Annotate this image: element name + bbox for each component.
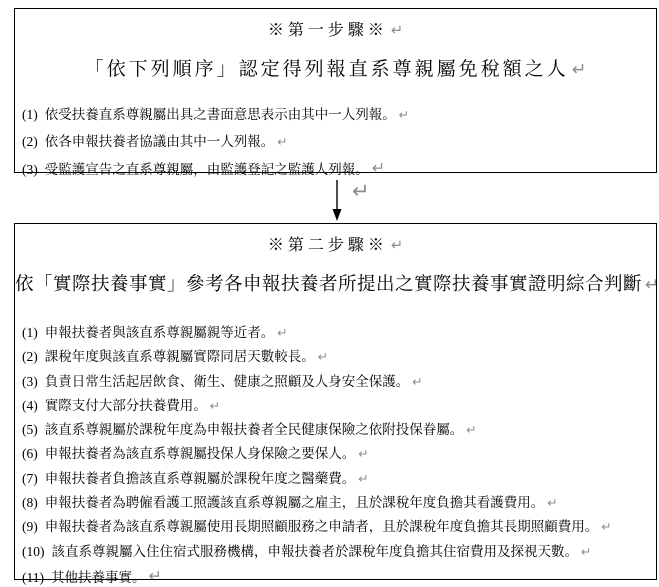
item-text: 申報扶養者為該直系尊親屬投保人身保險之要保人。 xyxy=(45,446,356,461)
item-text: 負責日常生活起居飲食、衛生、健康之照顧及人身安全保護。 xyxy=(45,374,410,389)
step2-subtitle-text: 依「實際扶養事實」參考各申報扶養者所提出之實際扶養事實證明綜合判斷 xyxy=(15,275,642,295)
paragraph-mark-icon: ↵ xyxy=(372,158,385,177)
item-text: 該直系尊親屬於課稅年度為申報扶養者全民健康保險之依附投保眷屬。 xyxy=(45,422,464,437)
paragraph-mark-icon: ↵ xyxy=(210,398,220,413)
item-text: 申報扶養者為該直系尊親屬使用長期照顧服務之申請者，且於課稅年度負擔其長期照顧費用… xyxy=(45,519,599,534)
item-number: (3) xyxy=(22,374,38,389)
paragraph-mark-icon: ↵ xyxy=(581,544,591,559)
document-page: ※第一步驟※↵ 「依下列順序」認定得列報直系尊親屬免稅額之人↵ (1)依受扶養直… xyxy=(0,0,659,587)
paragraph-mark-icon: ↵ xyxy=(572,60,587,80)
item-number: (10) xyxy=(22,544,45,559)
step2-title: ※第二步驟※↵ xyxy=(15,236,656,256)
item-number: (1) xyxy=(22,107,38,122)
list-item: (8)申報扶養者為聘僱看護工照護該直系尊親屬之雇主，且於課稅年度負擔其看護費用。… xyxy=(22,491,656,515)
item-text: 實際支付大部分扶養費用。 xyxy=(45,398,207,413)
paragraph-mark-icon: ↵ xyxy=(277,134,287,149)
paragraph-mark-icon: ↵ xyxy=(318,349,328,364)
item-number: (11) xyxy=(22,570,44,585)
paragraph-mark-icon: ↵ xyxy=(399,107,409,122)
list-item: (10)該直系尊親屬入住住宿式服務機構，申報扶養者於課稅年度負擔其住宿費用及探視… xyxy=(22,540,656,564)
paragraph-mark-icon: ↵ xyxy=(466,422,476,437)
step2-item-list: (1)申報扶養者與該直系尊親屬親等近者。↵ (2)課稅年度與該直系尊親屬實際同居… xyxy=(15,321,656,587)
paragraph-mark-icon: ↵ xyxy=(412,374,422,389)
item-number: (9) xyxy=(22,519,38,534)
step1-title: ※第一步驟※↵ xyxy=(15,21,656,41)
item-number: (5) xyxy=(22,422,38,437)
item-text: 依受扶養直系尊親屬出具之書面意思表示由其中一人列報。 xyxy=(45,107,396,122)
item-text: 依各申報扶養者協議由其中一人列報。 xyxy=(45,134,275,149)
paragraph-mark-icon: ↵ xyxy=(547,495,557,510)
step2-box: ※第二步驟※↵ 依「實際扶養事實」參考各申報扶養者所提出之實際扶養事實證明綜合判… xyxy=(14,223,657,580)
step1-title-text: ※第一步驟※ xyxy=(268,22,388,39)
item-text: 課稅年度與該直系尊親屬實際同居天數較長。 xyxy=(45,349,315,364)
item-number: (4) xyxy=(22,398,38,413)
paragraph-mark-icon: ↵ xyxy=(358,446,368,461)
item-number: (3) xyxy=(22,162,38,177)
item-text: 申報扶養者與該直系尊親屬親等近者。 xyxy=(45,325,275,340)
step1-subtitle: 「依下列順序」認定得列報直系尊親屬免稅額之人↵ xyxy=(15,57,656,83)
step1-item-list: (1)依受扶養直系尊親屬出具之書面意思表示由其中一人列報。↵ (2)依各申報扶養… xyxy=(15,102,656,184)
step1-subtitle-text: 「依下列順序」認定得列報直系尊親屬免稅額之人 xyxy=(85,59,569,80)
down-arrow-icon xyxy=(325,178,349,222)
list-item: (2)依各申報扶養者協議由其中一人列報。↵ xyxy=(22,129,656,156)
item-number: (6) xyxy=(22,446,38,461)
paragraph-mark-icon: ↵ xyxy=(391,237,403,254)
list-item: (5)該直系尊親屬於課稅年度為申報扶養者全民健康保險之依附投保眷屬。↵ xyxy=(22,418,656,442)
item-number: (2) xyxy=(22,134,38,149)
item-number: (1) xyxy=(22,325,38,340)
item-text: 該直系尊親屬入住住宿式服務機構，申報扶養者於課稅年度負擔其住宿費用及探視天數。 xyxy=(52,544,579,559)
paragraph-mark-icon: ↵ xyxy=(601,519,611,534)
paragraph-mark-icon: ↵ xyxy=(149,566,162,585)
paragraph-mark-icon: ↵ xyxy=(391,22,403,39)
step1-box: ※第一步驟※↵ 「依下列順序」認定得列報直系尊親屬免稅額之人↵ (1)依受扶養直… xyxy=(14,8,657,173)
list-item: (4)實際支付大部分扶養費用。↵ xyxy=(22,394,656,418)
paragraph-mark-icon: ↵ xyxy=(352,179,370,203)
list-item: (9)申報扶養者為該直系尊親屬使用長期照顧服務之申請者，且於課稅年度負擔其長期照… xyxy=(22,515,656,539)
list-item: (6)申報扶養者為該直系尊親屬投保人身保險之要保人。↵ xyxy=(22,442,656,466)
item-text: 申報扶養者負擔該直系尊親屬於課稅年度之醫藥費。 xyxy=(45,471,356,486)
item-text: 受監護宣告之直系尊親屬，由監護登記之監護人列報。 xyxy=(45,162,369,177)
step2-title-text: ※第二步驟※ xyxy=(268,237,388,254)
list-item: (11)其他扶養事實。↵ xyxy=(22,564,656,587)
list-item: (1)申報扶養者與該直系尊親屬親等近者。↵ xyxy=(22,321,656,345)
paragraph-mark-icon: ↵ xyxy=(645,275,659,295)
item-text: 申報扶養者為聘僱看護工照護該直系尊親屬之雇主，且於課稅年度負擔其看護費用。 xyxy=(45,495,545,510)
list-item: (3)負責日常生活起居飲食、衛生、健康之照顧及人身安全保護。↵ xyxy=(22,370,656,394)
step2-subtitle: 依「實際扶養事實」參考各申報扶養者所提出之實際扶養事實證明綜合判斷↵ xyxy=(15,272,656,298)
paragraph-mark-icon: ↵ xyxy=(277,325,287,340)
list-item: (2)課稅年度與該直系尊親屬實際同居天數較長。↵ xyxy=(22,345,656,369)
list-item: (1)依受扶養直系尊親屬出具之書面意思表示由其中一人列報。↵ xyxy=(22,102,656,129)
item-number: (8) xyxy=(22,495,38,510)
item-text: 其他扶養事實。 xyxy=(51,570,146,585)
list-item: (7)申報扶養者負擔該直系尊親屬於課稅年度之醫藥費。↵ xyxy=(22,467,656,491)
item-number: (2) xyxy=(22,349,38,364)
paragraph-mark-icon: ↵ xyxy=(358,471,368,486)
item-number: (7) xyxy=(22,471,38,486)
